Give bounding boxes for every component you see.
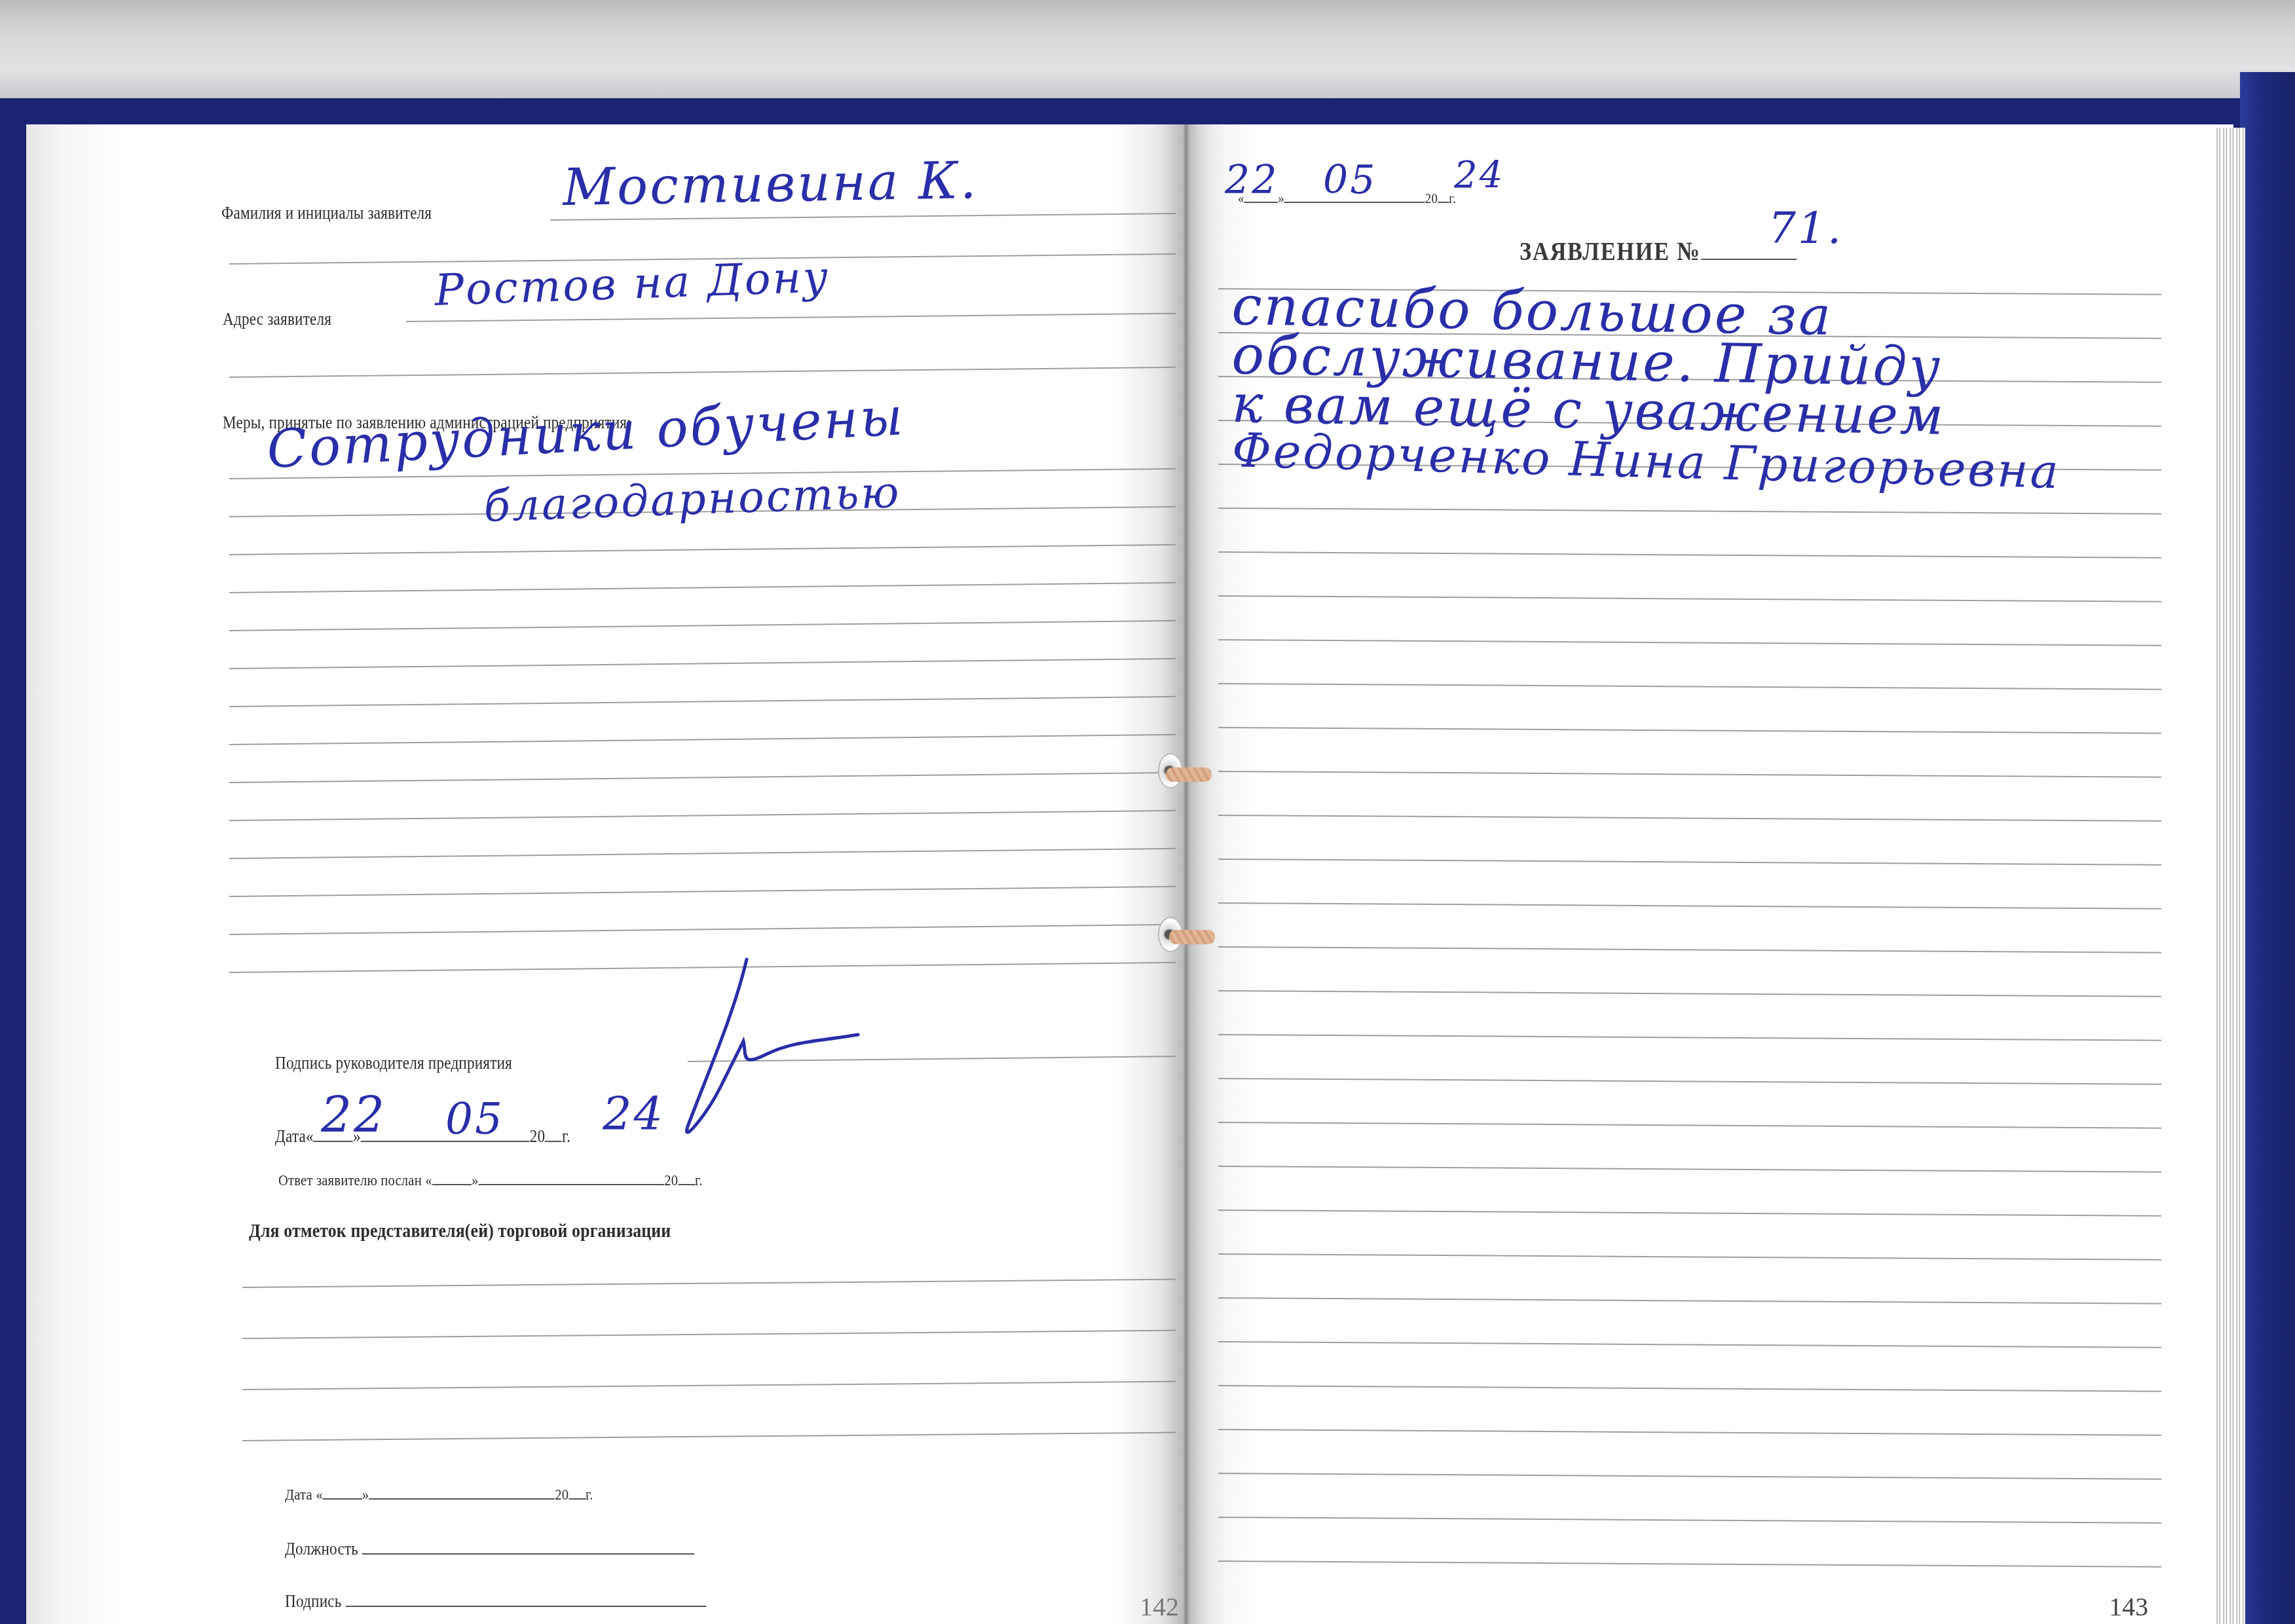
date-year-value: 24 bbox=[603, 1087, 665, 1141]
reply-sent-line: Ответ заявителю послан «»20г. bbox=[278, 1172, 703, 1190]
signature-line: Подпись bbox=[285, 1591, 706, 1612]
book-gutter bbox=[1163, 124, 1208, 1624]
ruled-line bbox=[1218, 1297, 2161, 1304]
ruled-line bbox=[1218, 507, 2161, 515]
ruled-line bbox=[229, 582, 1176, 593]
page-number-right: 143 bbox=[2109, 1591, 2148, 1622]
ruled-line bbox=[1218, 902, 2161, 910]
rep-month-blank bbox=[369, 1498, 555, 1500]
year-suffix: г. bbox=[695, 1172, 703, 1189]
reply-year-blank bbox=[678, 1184, 695, 1185]
statement-number-value: 71. bbox=[1768, 203, 1843, 253]
rep-year-blank bbox=[569, 1498, 586, 1500]
year-prefix: 20 bbox=[530, 1126, 546, 1146]
ruled-line bbox=[1218, 595, 2161, 602]
statement-title: ЗАЯВЛЕНИЕ № bbox=[1520, 236, 1797, 267]
rep-date-label: Дата bbox=[285, 1486, 312, 1504]
trade-org-section-label: Для отметок представителя(ей) торговой о… bbox=[249, 1220, 671, 1242]
applicant-name-label: Фамилия и инициалы заявителя bbox=[221, 203, 432, 223]
right-date-day-value: 22 bbox=[1225, 157, 1278, 203]
position-line: Должность bbox=[285, 1539, 694, 1559]
quote-open: « bbox=[425, 1172, 432, 1189]
ruled-line bbox=[1218, 551, 2161, 559]
binding-thread-bottom bbox=[1169, 930, 1215, 944]
signature-label: Подпись bbox=[285, 1591, 341, 1611]
ruled-line bbox=[242, 1432, 1176, 1441]
ruled-line bbox=[1218, 1517, 2161, 1524]
ruled-line bbox=[1218, 990, 2161, 997]
binding-thread-top bbox=[1166, 767, 1212, 782]
ruled-line bbox=[229, 620, 1176, 631]
quote-close: » bbox=[472, 1172, 478, 1189]
ruled-line bbox=[406, 313, 1176, 322]
statement-number-blank bbox=[1701, 259, 1797, 260]
position-blank bbox=[362, 1553, 694, 1555]
ruled-line bbox=[229, 367, 1176, 378]
ruled-line bbox=[1218, 683, 2161, 690]
date-month-value: 05 bbox=[445, 1094, 504, 1144]
ruled-line bbox=[1218, 858, 2161, 866]
ruled-line bbox=[1218, 1473, 2161, 1480]
ruled-line bbox=[229, 924, 1176, 935]
year-suffix: г. bbox=[562, 1126, 570, 1146]
left-page: Фамилия и инициалы заявителя Мостивина К… bbox=[26, 124, 1185, 1624]
ruled-line bbox=[242, 1330, 1176, 1339]
ruled-line bbox=[1218, 727, 2161, 734]
ruled-line bbox=[1218, 1034, 2161, 1041]
ruled-line bbox=[1218, 1429, 2161, 1436]
book-cover-edge bbox=[2240, 72, 2295, 1624]
reply-day-blank bbox=[432, 1184, 472, 1185]
ruled-line bbox=[1218, 639, 2161, 646]
scanner-background bbox=[0, 0, 2295, 115]
ruled-line bbox=[1218, 946, 2161, 953]
right-page: «»20г. 22 05 24 ЗАЯВЛЕНИЕ № 71. спасибо … bbox=[1185, 124, 2233, 1624]
statement-label: ЗАЯВЛЕНИЕ № bbox=[1520, 236, 1701, 266]
quote-open: « bbox=[316, 1486, 322, 1504]
ruled-line bbox=[229, 734, 1176, 745]
ruled-line bbox=[229, 886, 1176, 897]
ruled-line bbox=[1218, 1078, 2161, 1085]
year-prefix: 20 bbox=[1425, 190, 1438, 206]
date-day-value: 22 bbox=[321, 1087, 386, 1143]
signature-blank bbox=[345, 1606, 705, 1607]
ruled-line bbox=[229, 810, 1176, 821]
ruled-line bbox=[229, 544, 1176, 555]
reply-month-blank bbox=[478, 1184, 664, 1185]
ruled-line bbox=[1218, 1253, 2161, 1261]
measures-line-2: благодарностью bbox=[483, 467, 901, 532]
measures-line-1: Сотрудники обучены bbox=[265, 386, 906, 480]
right-date-month-value: 05 bbox=[1323, 157, 1377, 203]
ruled-line bbox=[1218, 771, 2161, 778]
right-year-blank bbox=[1438, 202, 1449, 203]
page-stack-edges bbox=[2214, 128, 2245, 1624]
ruled-line bbox=[1218, 1341, 2161, 1348]
ruled-line bbox=[242, 1279, 1176, 1288]
rep-day-blank bbox=[323, 1498, 362, 1500]
applicant-name-value: Мостивина К. bbox=[562, 151, 979, 217]
ruled-line bbox=[229, 848, 1176, 859]
ruled-line bbox=[1218, 815, 2161, 822]
position-label: Должность bbox=[285, 1539, 358, 1559]
date-label: Дата bbox=[275, 1126, 306, 1146]
year-suffix: г. bbox=[586, 1486, 593, 1504]
quote-close: » bbox=[1278, 190, 1284, 206]
ruled-line bbox=[229, 696, 1176, 707]
ruled-line bbox=[229, 658, 1176, 669]
date-year-blank bbox=[545, 1141, 562, 1142]
quote-open: « bbox=[306, 1126, 314, 1146]
ruled-line bbox=[1218, 1560, 2161, 1568]
ruled-line bbox=[242, 1381, 1176, 1390]
reply-sent-label: Ответ заявителю послан bbox=[278, 1172, 422, 1189]
ruled-line bbox=[1218, 1122, 2161, 1129]
right-date-year-value: 24 bbox=[1454, 154, 1504, 196]
quote-close: » bbox=[362, 1486, 369, 1504]
date-line: Дата«»20г. bbox=[275, 1126, 570, 1147]
rep-date-line: Дата «»20г. bbox=[285, 1486, 593, 1504]
year-prefix: 20 bbox=[555, 1486, 569, 1504]
applicant-address-label: Адрес заявителя bbox=[223, 309, 331, 329]
manager-signature-label: Подпись руководителя предприятия bbox=[275, 1053, 512, 1073]
year-prefix: 20 bbox=[664, 1172, 678, 1189]
ruled-line bbox=[1218, 1385, 2161, 1392]
manager-signature bbox=[668, 956, 878, 1153]
ruled-line bbox=[1218, 1166, 2161, 1173]
ruled-line bbox=[1218, 1209, 2161, 1217]
ruled-line bbox=[229, 772, 1176, 783]
